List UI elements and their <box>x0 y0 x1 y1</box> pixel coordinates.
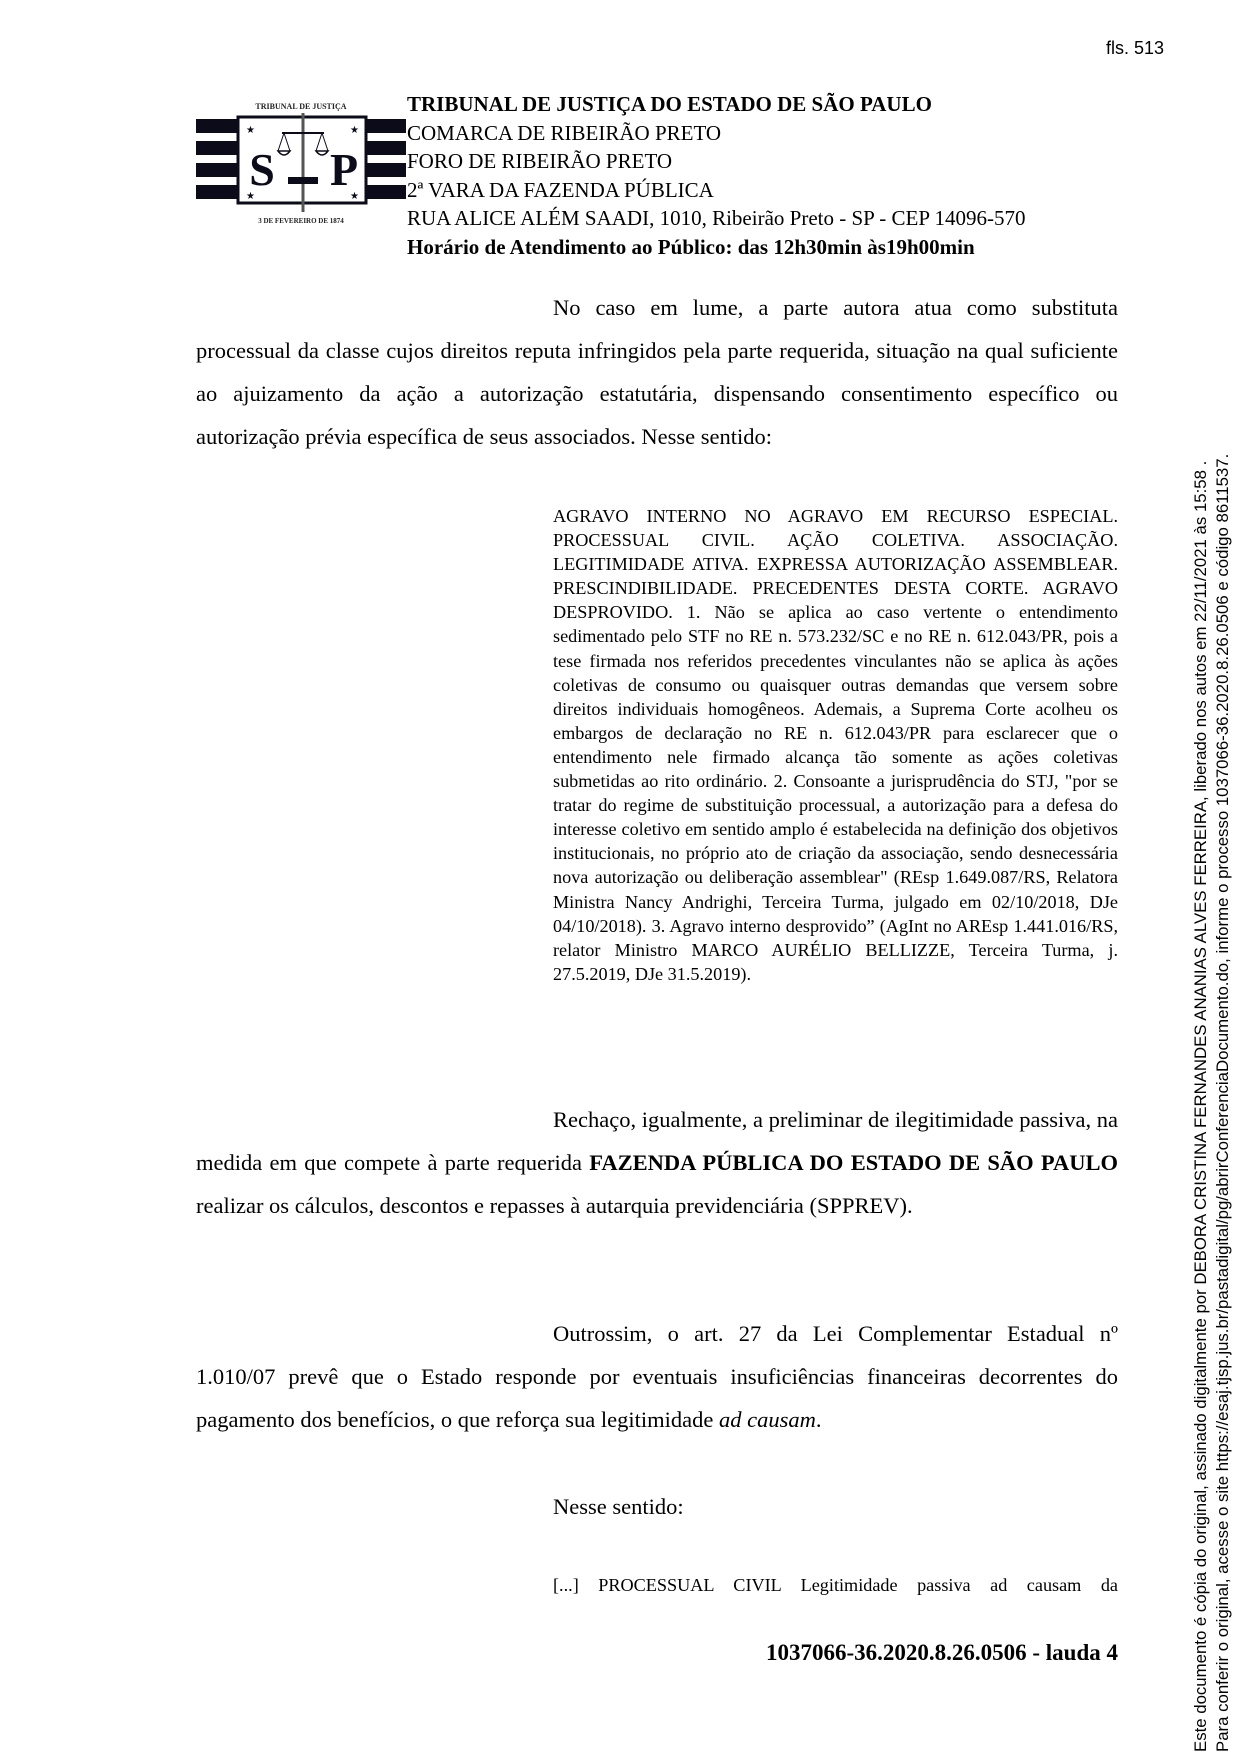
svg-text:★: ★ <box>350 191 359 202</box>
signer-name: DEBORA CRISTINA FERNANDES ANANIAS ALVES … <box>1191 801 1210 1285</box>
svg-text:★: ★ <box>246 125 255 136</box>
tjsp-logo: TRIBUNAL DE JUSTIÇA S P ★ ★ ★ ★ 3 DE FEV… <box>196 77 406 227</box>
folio-number: fls. 513 <box>1106 38 1164 59</box>
signature-line: Este documento é cópia do original, assi… <box>1190 292 1212 1752</box>
paragraph-text: . <box>816 1407 822 1432</box>
comarca: COMARCA DE RIBEIRÃO PRETO <box>407 119 1127 148</box>
process-number-footer: 1037066-36.2020.8.26.0506 - lauda 4 <box>726 1640 1118 1666</box>
paragraph-text: Nesse sentido: <box>553 1494 684 1519</box>
paragraph-nesse-sentido: Nesse sentido: <box>196 1485 1118 1528</box>
tjsp-emblem-icon: TRIBUNAL DE JUSTIÇA S P ★ ★ ★ ★ 3 DE FEV… <box>196 77 406 227</box>
latin-term: ad causam <box>719 1407 816 1432</box>
jurisprudence-quote: AGRAVO INTERNO NO AGRAVO EM RECURSO ESPE… <box>553 504 1118 986</box>
court-header: TRIBUNAL DE JUSTIÇA DO ESTADO DE SÃO PAU… <box>407 90 1127 261</box>
paragraph-passive-standing: Rechaço, igualmente, a preliminar de ile… <box>196 1098 1118 1227</box>
verification-line: Para conferir o original, acesse o site … <box>1212 292 1234 1752</box>
office-hours: Horário de Atendimento ao Público: das 1… <box>407 233 1127 262</box>
stamp-text: Este documento é cópia do original, assi… <box>1191 1285 1210 1752</box>
paragraph-standing: No caso em lume, a parte autora atua com… <box>196 286 1118 458</box>
paragraph-text: realizar os cálculos, descontos e repass… <box>196 1193 913 1218</box>
paragraph-law-reference: Outrossim, o art. 27 da Lei Complementar… <box>196 1312 1118 1441</box>
vara: 2ª VARA DA FAZENDA PÚBLICA <box>407 176 1127 205</box>
court-address: RUA ALICE ALÉM SAADI, 1010, Ribeirão Pre… <box>407 204 1127 233</box>
court-name: TRIBUNAL DE JUSTIÇA DO ESTADO DE SÃO PAU… <box>407 90 1127 119</box>
svg-text:★: ★ <box>350 125 359 136</box>
svg-text:3 DE FEVEREIRO DE 1874: 3 DE FEVEREIRO DE 1874 <box>258 217 344 225</box>
defendant-name: FAZENDA PÚBLICA DO ESTADO DE SÃO PAULO <box>589 1150 1118 1175</box>
jurisprudence-quote-2: [...] PROCESSUAL CIVIL Legitimidade pass… <box>553 1573 1118 1597</box>
paragraph-text: No caso em lume, a parte autora atua com… <box>196 295 1118 449</box>
svg-text:TRIBUNAL DE JUSTIÇA: TRIBUNAL DE JUSTIÇA <box>255 102 346 111</box>
stamp-text: , liberado nos autos em 22/11/2021 às 15… <box>1191 461 1210 801</box>
paragraph-text: Outrossim, o art. 27 da Lei Complementar… <box>196 1321 1118 1432</box>
svg-text:S: S <box>249 144 275 195</box>
svg-text:★: ★ <box>246 191 255 202</box>
foro: FORO DE RIBEIRÃO PRETO <box>407 147 1127 176</box>
svg-text:P: P <box>330 144 358 195</box>
digital-signature-stamp: Este documento é cópia do original, assi… <box>1190 292 1234 1752</box>
